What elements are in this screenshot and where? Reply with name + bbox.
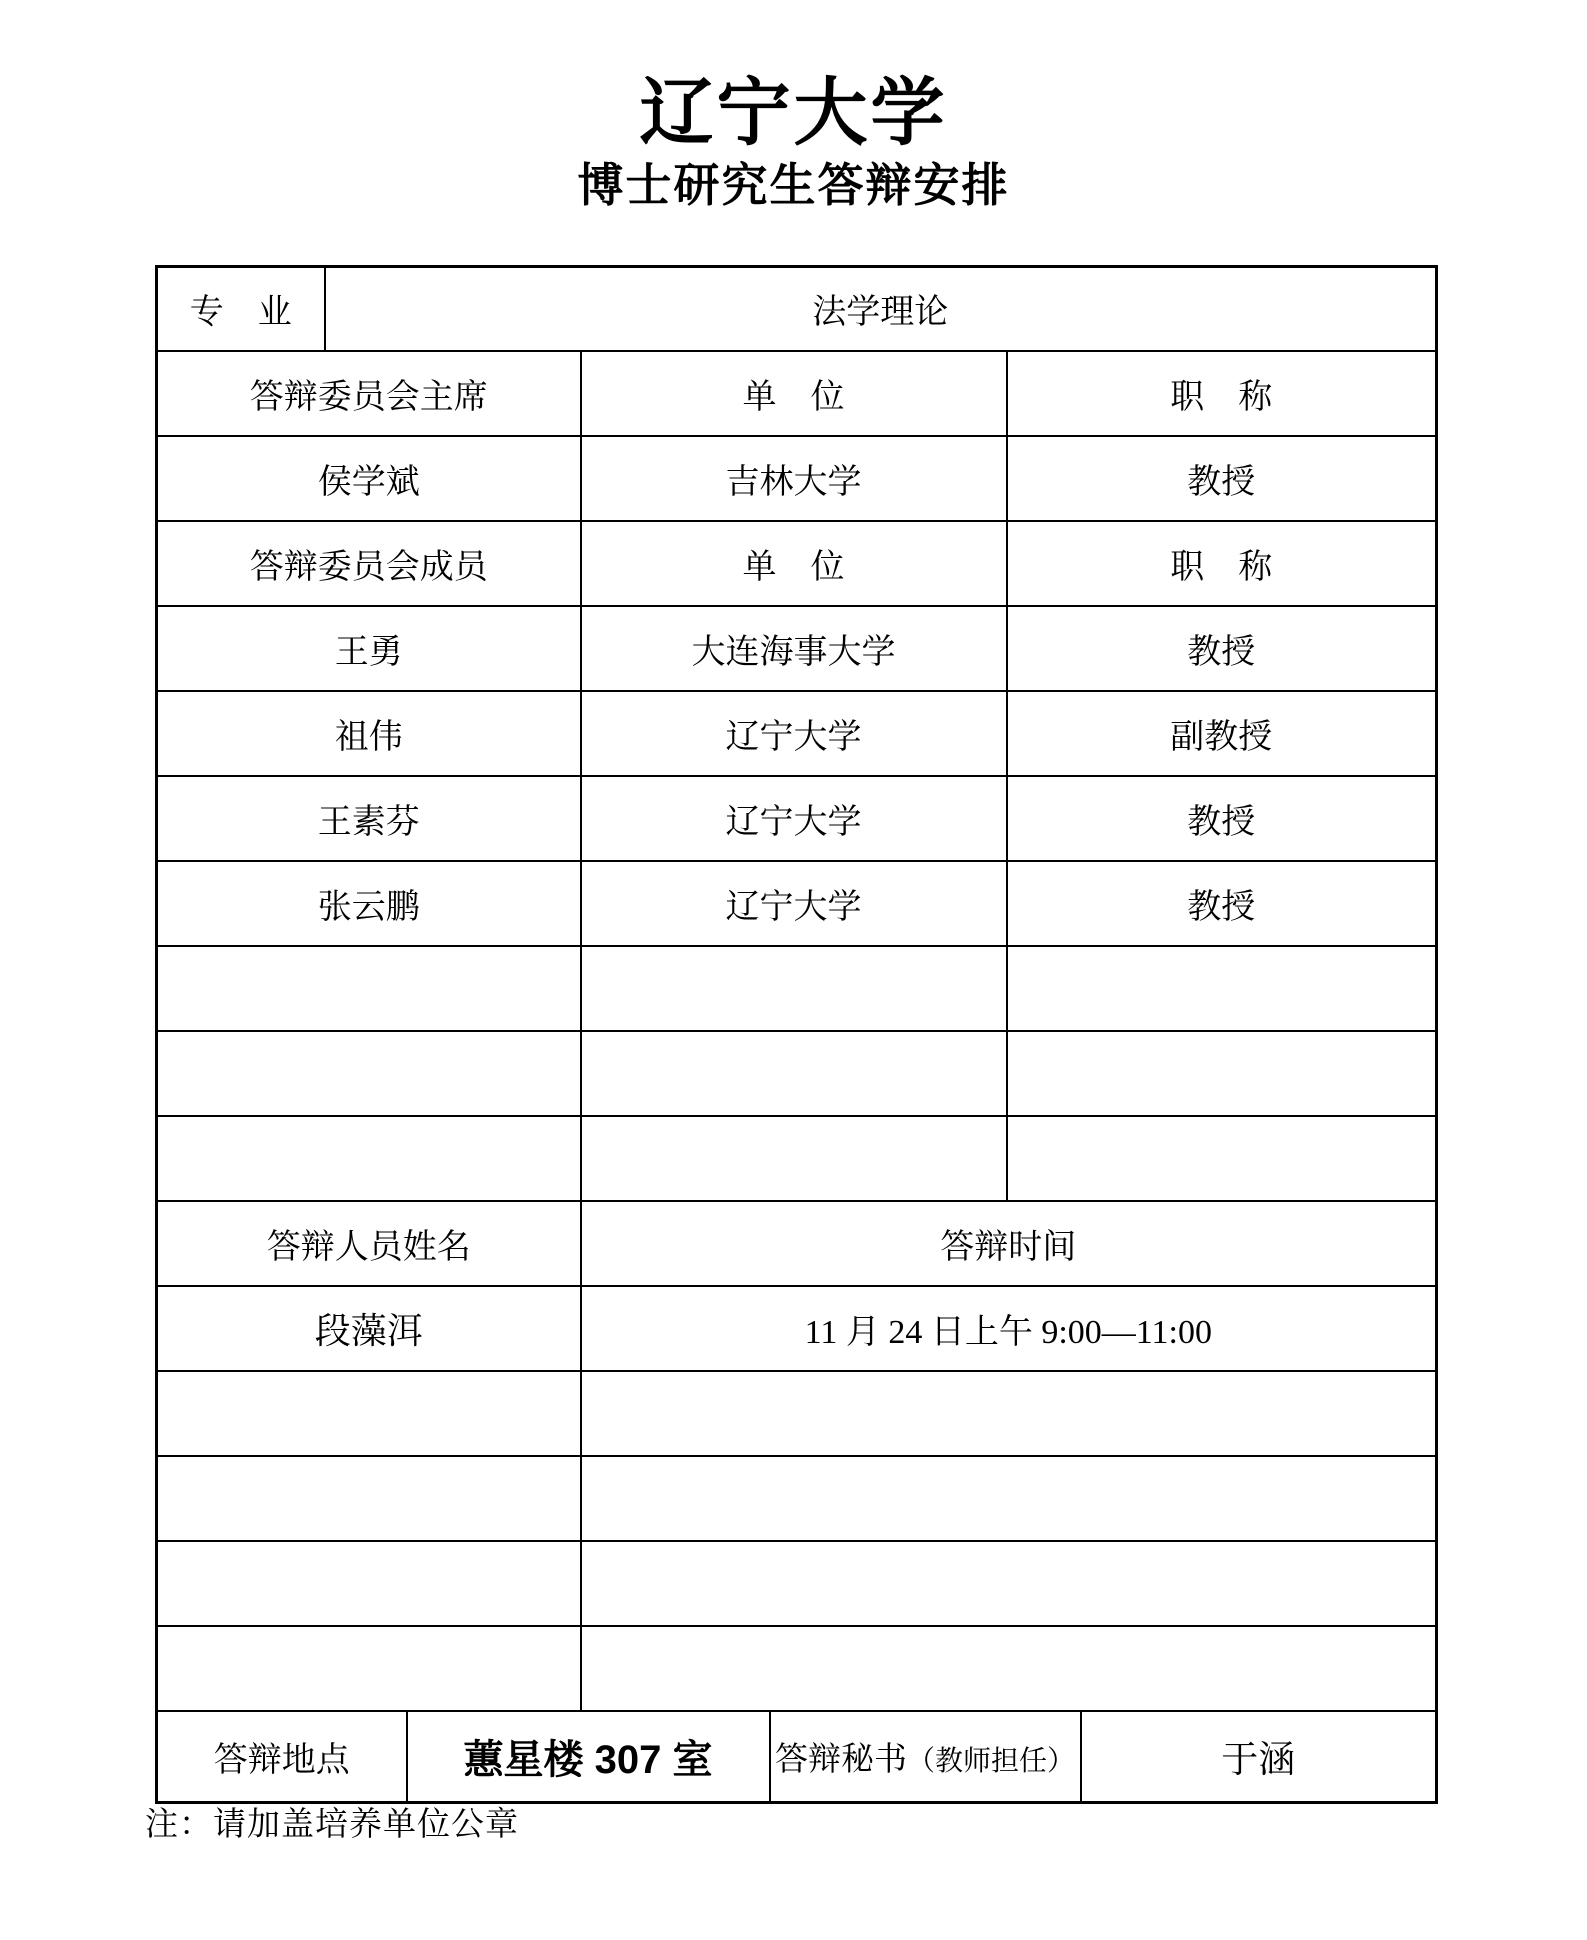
member-title-cell xyxy=(1007,946,1437,1031)
candidate-time-header-cell: 答辩时间 xyxy=(581,1201,1437,1286)
chair-title-cell: 教授 xyxy=(1007,436,1437,521)
candidate-time-cell: 11 月 24 日上午 9:00—11:00 xyxy=(581,1286,1437,1371)
member-title-cell: 教授 xyxy=(1007,861,1437,946)
member-unit-cell: 辽宁大学 xyxy=(581,861,1007,946)
member-row: 张云鹏 辽宁大学 教授 xyxy=(157,861,1437,946)
member-row xyxy=(157,1031,1437,1116)
location-label-cell: 答辩地点 xyxy=(157,1711,407,1803)
candidate-row xyxy=(157,1456,1437,1541)
chair-row: 侯学斌 吉林大学 教授 xyxy=(157,436,1437,521)
member-name-cell xyxy=(157,946,581,1031)
member-name-cell: 祖伟 xyxy=(157,691,581,776)
candidate-row: 段藻洱 11 月 24 日上午 9:00—11:00 xyxy=(157,1286,1437,1371)
secretary-value-cell: 于涵 xyxy=(1081,1711,1437,1803)
candidate-time-cell xyxy=(581,1456,1437,1541)
member-title-cell: 教授 xyxy=(1007,606,1437,691)
member-role-header-cell: 答辩委员会成员 xyxy=(157,521,581,606)
member-unit-cell xyxy=(581,1031,1007,1116)
member-name-cell: 王素芬 xyxy=(157,776,581,861)
candidate-row xyxy=(157,1541,1437,1626)
candidate-time-cell xyxy=(581,1626,1437,1711)
major-row: 专 业 法学理论 xyxy=(157,267,1437,351)
document-subtitle: 博士研究生答辩安排 xyxy=(0,160,1587,211)
secretary-label-text: 答辩秘书 xyxy=(775,1742,907,1778)
location-value-cell: 蕙星楼 307 室 xyxy=(407,1711,770,1803)
member-title-cell: 副教授 xyxy=(1007,691,1437,776)
candidate-time-cell xyxy=(581,1541,1437,1626)
major-label-cell: 专 业 xyxy=(157,267,325,351)
member-title-cell: 教授 xyxy=(1007,776,1437,861)
candidate-time-cell xyxy=(581,1371,1437,1456)
member-name-cell xyxy=(157,1116,581,1201)
member-row: 王勇 大连海事大学 教授 xyxy=(157,606,1437,691)
member-title-header-cell: 职 称 xyxy=(1007,521,1437,606)
major-value-cell: 法学理论 xyxy=(325,267,1437,351)
chair-name-cell: 侯学斌 xyxy=(157,436,581,521)
member-unit-cell: 大连海事大学 xyxy=(581,606,1007,691)
candidate-name-cell xyxy=(157,1541,581,1626)
member-row: 祖伟 辽宁大学 副教授 xyxy=(157,691,1437,776)
member-row xyxy=(157,946,1437,1031)
member-title-cell xyxy=(1007,1116,1437,1201)
chair-unit-cell: 吉林大学 xyxy=(581,436,1007,521)
member-unit-cell xyxy=(581,946,1007,1031)
member-header-row: 答辩委员会成员 单 位 职 称 xyxy=(157,521,1437,606)
member-name-cell: 王勇 xyxy=(157,606,581,691)
member-unit-cell: 辽宁大学 xyxy=(581,691,1007,776)
candidate-name-cell xyxy=(157,1456,581,1541)
candidate-header-row: 答辩人员姓名 答辩时间 xyxy=(157,1201,1437,1286)
chair-header-row: 答辩委员会主席 单 位 职 称 xyxy=(157,351,1437,436)
defense-arrangement-table: 专 业 法学理论 答辩委员会主席 单 位 职 称 侯学斌 吉林大学 教授 答辩委… xyxy=(155,265,1438,1804)
secretary-label-cell: 答辩秘书（教师担任） xyxy=(770,1711,1081,1803)
candidate-row xyxy=(157,1626,1437,1711)
candidate-name-header-cell: 答辩人员姓名 xyxy=(157,1201,581,1286)
member-unit-cell xyxy=(581,1116,1007,1201)
member-unit-cell: 辽宁大学 xyxy=(581,776,1007,861)
member-unit-header-cell: 单 位 xyxy=(581,521,1007,606)
member-name-cell: 张云鹏 xyxy=(157,861,581,946)
chair-unit-header-cell: 单 位 xyxy=(581,351,1007,436)
member-name-cell xyxy=(157,1031,581,1116)
member-row: 王素芬 辽宁大学 教授 xyxy=(157,776,1437,861)
document-page: 辽宁大学 博士研究生答辩安排 专 业 法学理论 答辩委员会主席 单 位 职 称 … xyxy=(0,0,1587,1940)
footer-note: 注：请加盖培养单位公章 xyxy=(145,1798,519,1845)
member-title-cell xyxy=(1007,1031,1437,1116)
candidate-row xyxy=(157,1371,1437,1456)
secretary-label-note: （教师担任） xyxy=(907,1746,1075,1777)
candidate-name-cell: 段藻洱 xyxy=(157,1286,581,1371)
member-row xyxy=(157,1116,1437,1201)
university-title: 辽宁大学 xyxy=(0,72,1587,153)
chair-title-header-cell: 职 称 xyxy=(1007,351,1437,436)
footer-row: 答辩地点 蕙星楼 307 室 答辩秘书（教师担任） 于涵 xyxy=(157,1711,1437,1803)
candidate-name-cell xyxy=(157,1626,581,1711)
candidate-name-cell xyxy=(157,1371,581,1456)
chair-role-header-cell: 答辩委员会主席 xyxy=(157,351,581,436)
